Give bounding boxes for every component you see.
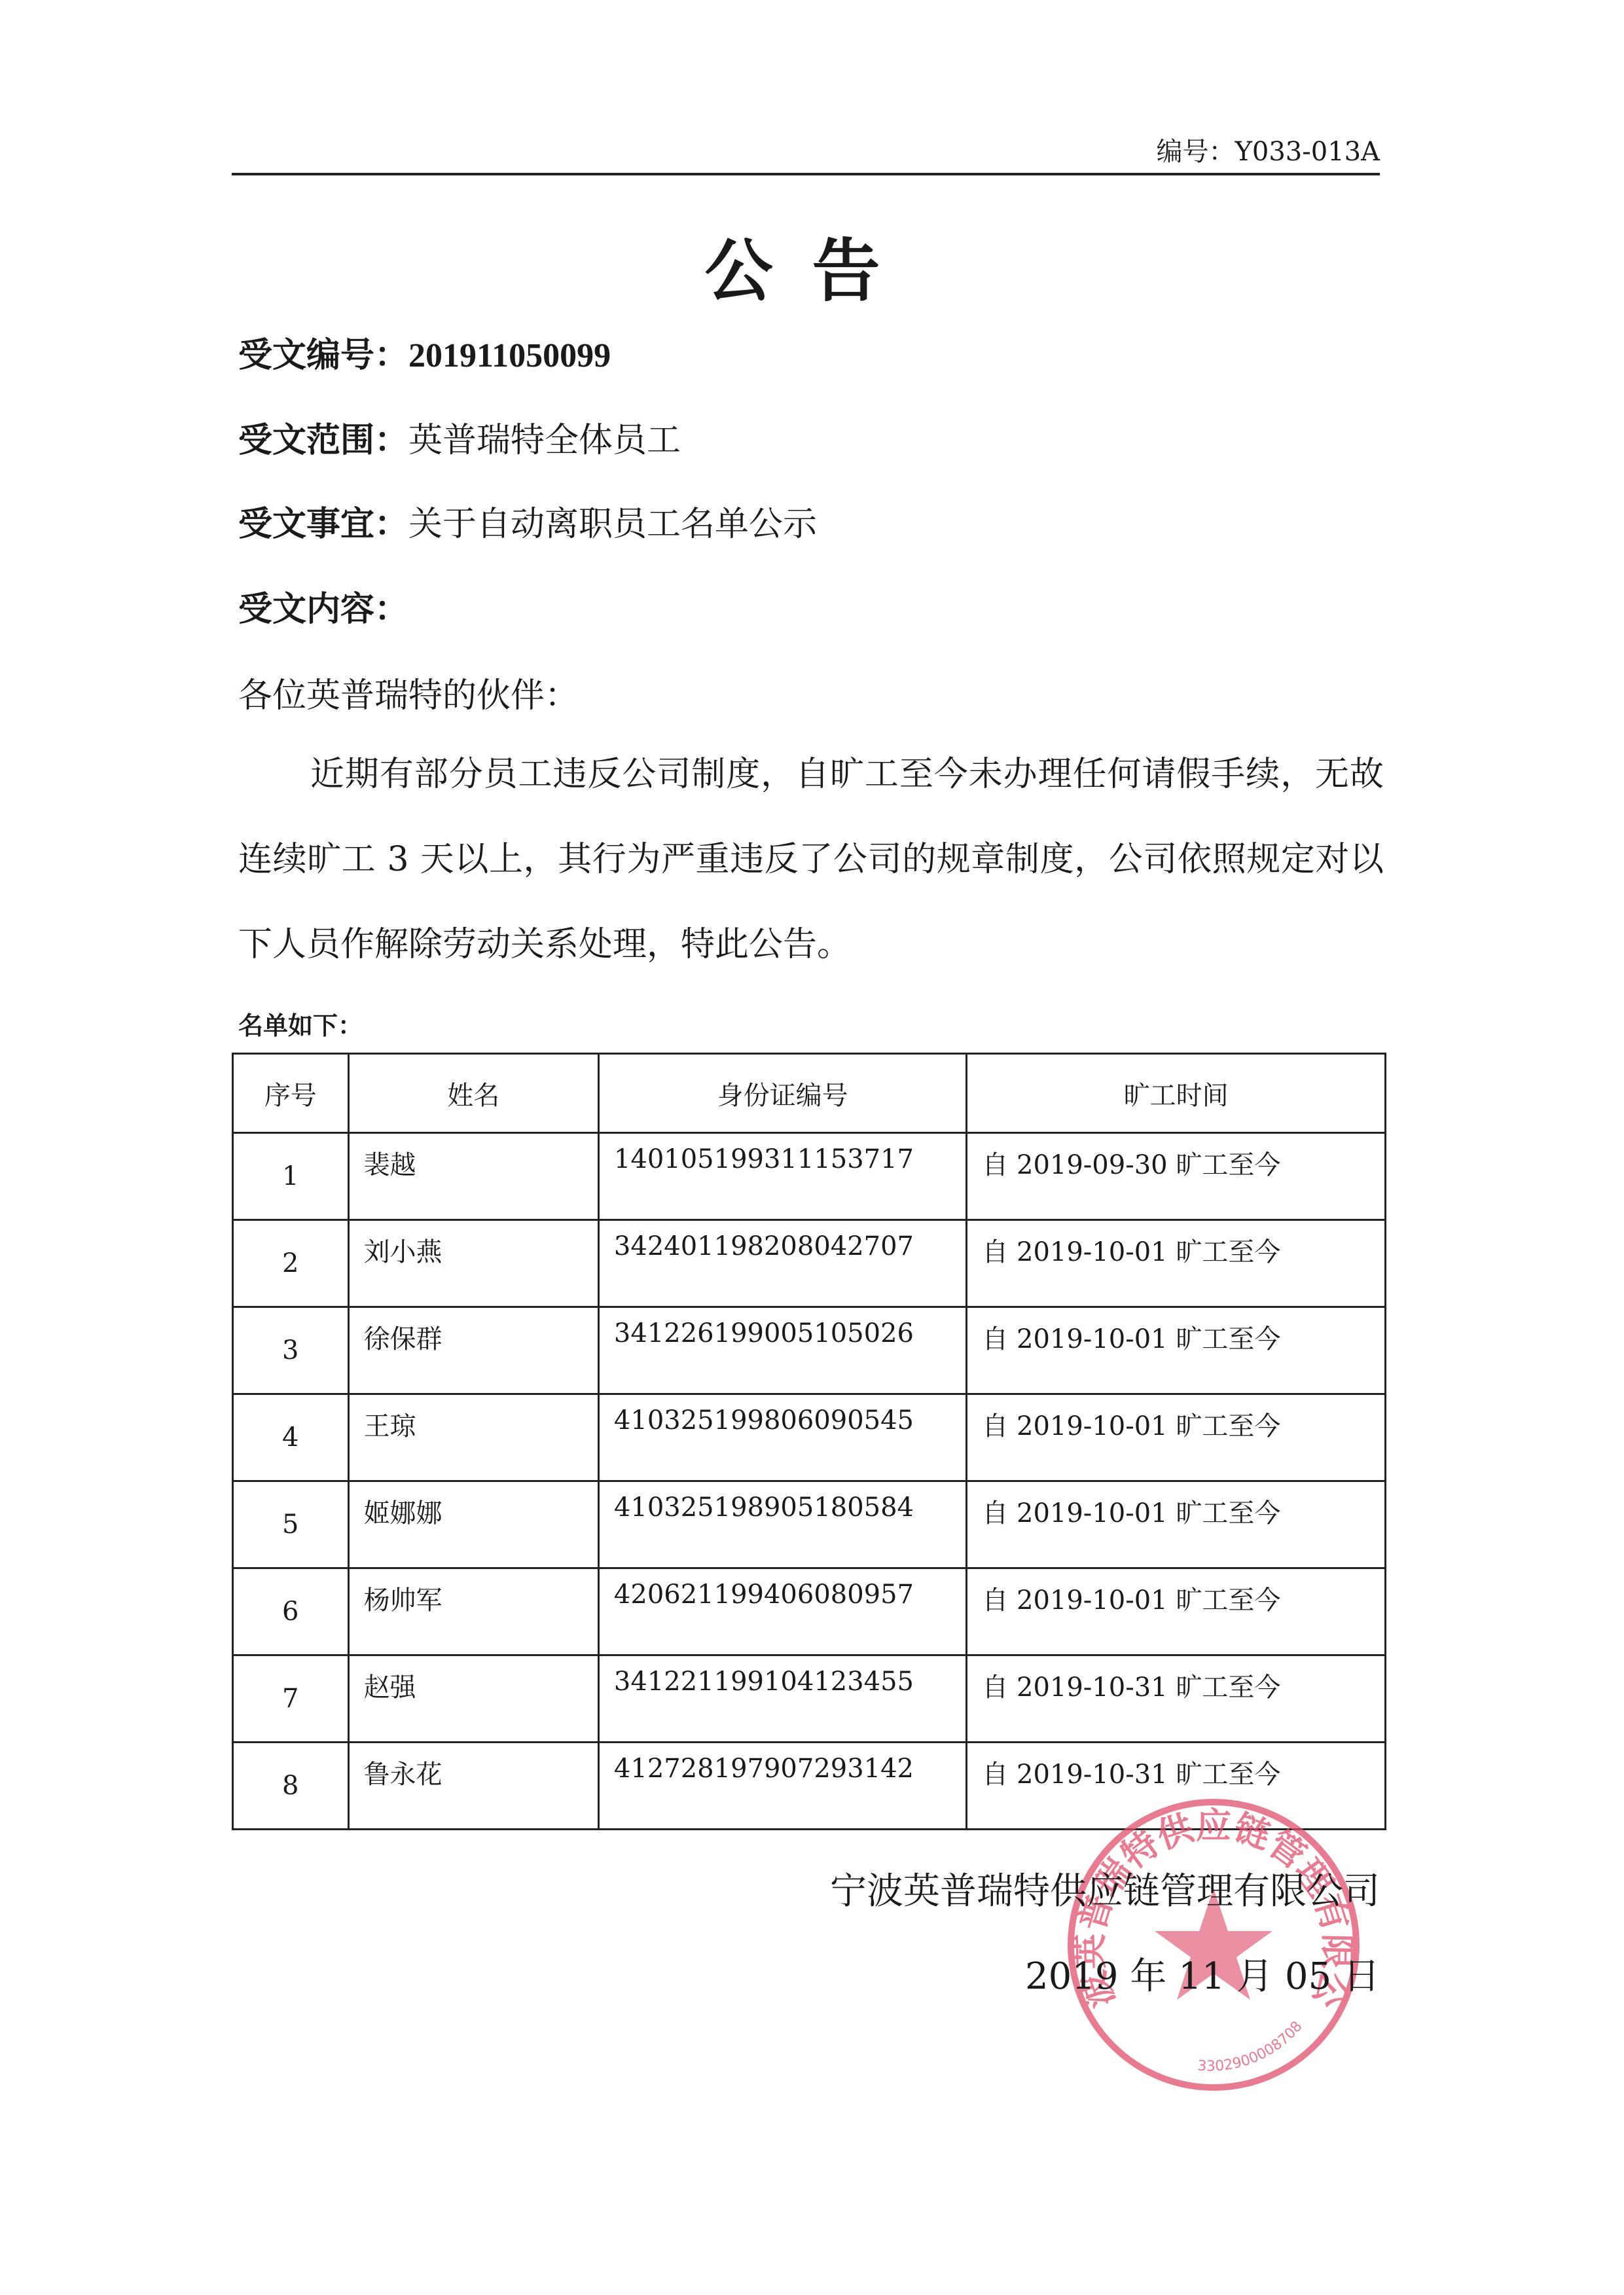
cell-absence: 自 2019-10-31 旷工至今 xyxy=(967,1655,1386,1743)
field-scope: 受文范围：英普瑞特全体员工 xyxy=(238,412,681,461)
cell-id: 342401198208042707 xyxy=(598,1220,966,1307)
cell-id: 410325199806090545 xyxy=(598,1394,966,1481)
document-number-value: Y033-013A xyxy=(1235,137,1380,167)
body-paragraph: 近期有部分员工违反公司制度，自旷工至今未办理任何请假手续，无故连续旷工 3 天以… xyxy=(238,732,1384,987)
cell-id: 410325198905180584 xyxy=(598,1481,966,1568)
field-label: 受文编号： xyxy=(238,336,408,375)
signature-date: 2019 年 11 月 05 日 xyxy=(1025,1947,1380,2000)
cell-seq: 4 xyxy=(233,1394,349,1481)
cell-absence: 自 2019-10-01 旷工至今 xyxy=(967,1481,1386,1568)
cell-seq: 8 xyxy=(233,1743,349,1830)
cell-name: 杨帅军 xyxy=(348,1568,598,1655)
cell-seq: 6 xyxy=(233,1568,349,1655)
cell-absence: 自 2019-10-01 旷工至今 xyxy=(967,1394,1386,1481)
cell-seq: 3 xyxy=(233,1307,349,1394)
field-value: 关于自动离职员工名单公示 xyxy=(408,505,817,544)
cell-id: 140105199311153717 xyxy=(598,1133,966,1220)
cell-name: 赵强 xyxy=(348,1655,598,1743)
table-header-row: 序号 姓名 身份证编号 旷工时间 xyxy=(233,1054,1386,1133)
cell-name: 鲁永花 xyxy=(348,1743,598,1830)
table-row: 7 赵强 341221199104123455 自 2019-10-31 旷工至… xyxy=(233,1655,1386,1743)
cell-absence: 自 2019-10-01 旷工至今 xyxy=(967,1568,1386,1655)
cell-id: 412728197907293142 xyxy=(598,1743,966,1830)
cell-name: 裴越 xyxy=(348,1133,598,1220)
table-row: 5 姬娜娜 410325198905180584 自 2019-10-01 旷工… xyxy=(233,1481,1386,1568)
table-row: 3 徐保群 341226199005105026 自 2019-10-01 旷工… xyxy=(233,1307,1386,1394)
field-doc-id: 受文编号：201911050099 xyxy=(238,327,611,376)
cell-name: 徐保群 xyxy=(348,1307,598,1394)
field-value: 201911050099 xyxy=(408,337,611,374)
cell-seq: 2 xyxy=(233,1220,349,1307)
cell-id: 341221199104123455 xyxy=(598,1655,966,1743)
header-rule xyxy=(232,173,1380,175)
header-id: 身份证编号 xyxy=(598,1054,966,1133)
table-row: 6 杨帅军 420621199406080957 自 2019-10-01 旷工… xyxy=(233,1568,1386,1655)
list-label: 名单如下： xyxy=(238,1005,363,1041)
header-name: 姓名 xyxy=(348,1054,598,1133)
table-row: 4 王琼 410325199806090545 自 2019-10-01 旷工至… xyxy=(233,1394,1386,1481)
cell-seq: 1 xyxy=(233,1133,349,1220)
cell-name: 王琼 xyxy=(348,1394,598,1481)
cell-id: 341226199005105026 xyxy=(598,1307,966,1394)
header-seq: 序号 xyxy=(233,1054,349,1133)
document-number-label: 编号： xyxy=(1156,137,1235,167)
absentee-table: 序号 姓名 身份证编号 旷工时间 1 裴越 140105199311153717… xyxy=(232,1053,1386,1830)
field-label: 受文内容： xyxy=(238,590,408,629)
field-label: 受文事宜： xyxy=(238,505,408,544)
cell-seq: 5 xyxy=(233,1481,349,1568)
cell-seq: 7 xyxy=(233,1655,349,1743)
cell-absence: 自 2019-10-01 旷工至今 xyxy=(967,1307,1386,1394)
cell-absence: 自 2019-10-01 旷工至今 xyxy=(967,1220,1386,1307)
field-content: 受文内容： xyxy=(238,581,408,630)
greeting: 各位英普瑞特的伙伴： xyxy=(238,668,579,717)
document-number: 编号：Y033-013A xyxy=(1156,131,1380,168)
company-seal-icon: 宁波英普瑞特供应链管理有限公司 3302900008708 xyxy=(1066,1797,1362,2093)
field-value: 英普瑞特全体员工 xyxy=(408,421,681,460)
table-row: 1 裴越 140105199311153717 自 2019-09-30 旷工至… xyxy=(233,1133,1386,1220)
field-label: 受文范围： xyxy=(238,421,408,460)
page-title: 公告 xyxy=(0,216,1624,314)
field-subject: 受文事宜：关于自动离职员工名单公示 xyxy=(238,496,817,545)
cell-absence: 自 2019-09-30 旷工至今 xyxy=(967,1133,1386,1220)
table-row: 2 刘小燕 342401198208042707 自 2019-10-01 旷工… xyxy=(233,1220,1386,1307)
signature-company: 宁波英普瑞特供应链管理有限公司 xyxy=(830,1862,1380,1915)
header-absence: 旷工时间 xyxy=(967,1054,1386,1133)
cell-name: 姬娜娜 xyxy=(348,1481,598,1568)
cell-name: 刘小燕 xyxy=(348,1220,598,1307)
cell-id: 420621199406080957 xyxy=(598,1568,966,1655)
